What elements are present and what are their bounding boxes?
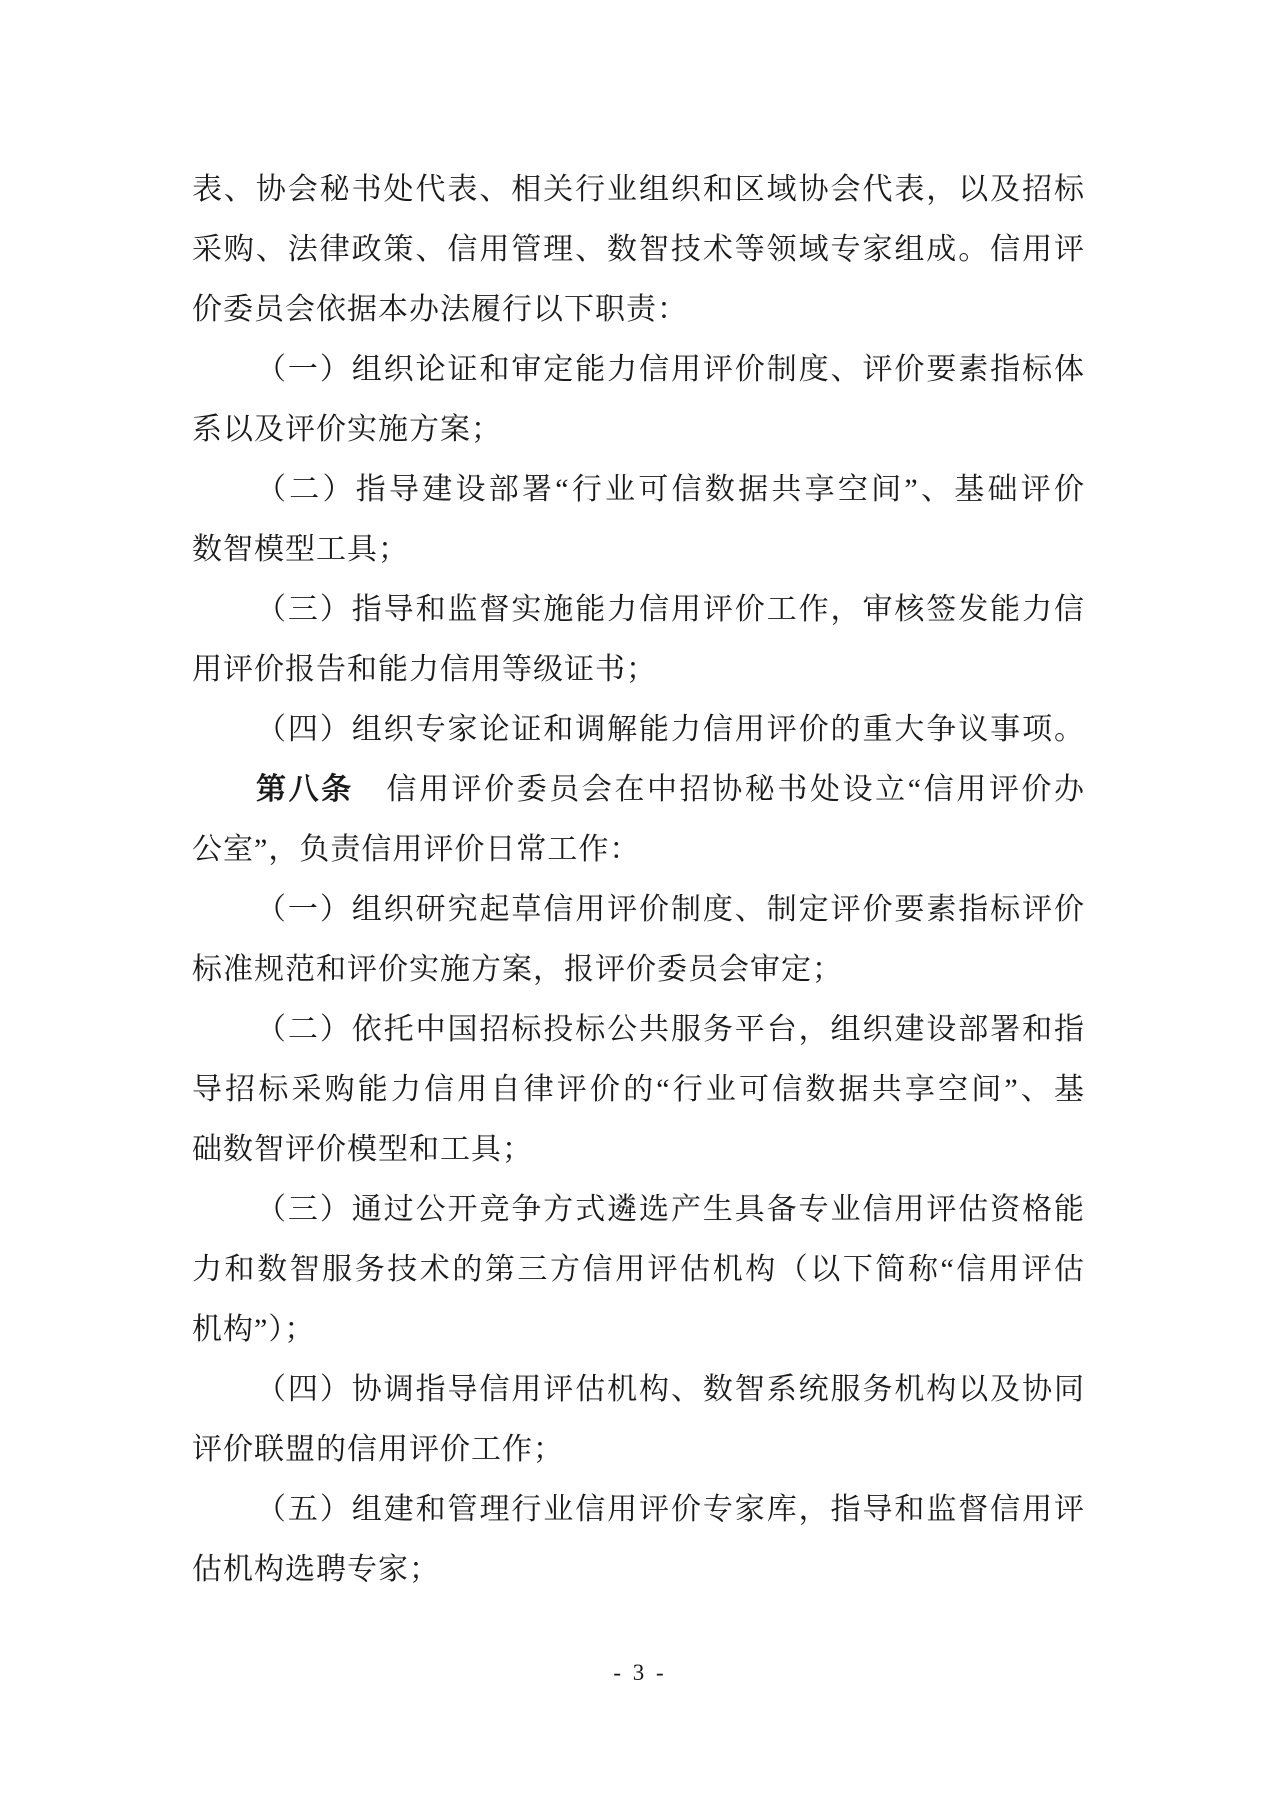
text-line: 表、协会秘书处代表、相关行业组织和区域协会代表，以及招标 [192, 160, 1085, 220]
text-line: 估机构选聘专家； [192, 1540, 1085, 1600]
text-line: 力和数智服务技术的第三方信用评估机构（以下简称“信用评估 [192, 1240, 1085, 1300]
document-body: 表、协会秘书处代表、相关行业组织和区域协会代表，以及招标 采购、法律政策、信用管… [192, 160, 1085, 1600]
article-number-bold: 第八条 [256, 773, 354, 806]
text-line: 用评价报告和能力信用等级证书； [192, 640, 1085, 700]
text-line: （一）组织论证和审定能力信用评价制度、评价要素指标体 [192, 340, 1085, 400]
text-line: 公室”，负责信用评价日常工作： [192, 820, 1085, 880]
text-run: 信用评价委员会在中招协秘书处设立“信用评价办 [354, 773, 1085, 806]
text-line: 采购、法律政策、信用管理、数智技术等领域专家组成。信用评 [192, 220, 1085, 280]
text-line: 系以及评价实施方案； [192, 400, 1085, 460]
text-line: （一）组织研究起草信用评价制度、制定评价要素指标评价 [192, 880, 1085, 940]
text-line: （三）指导和监督实施能力信用评价工作，审核签发能力信 [192, 580, 1085, 640]
text-line: （二）依托中国招标投标公共服务平台，组织建设部署和指 [192, 1000, 1085, 1060]
document-page: 表、协会秘书处代表、相关行业组织和区域协会代表，以及招标 采购、法律政策、信用管… [0, 0, 1280, 1810]
text-line: 础数智评价模型和工具； [192, 1120, 1085, 1180]
text-line: 评价联盟的信用评价工作； [192, 1420, 1085, 1480]
page-number: - 3 - [0, 1658, 1280, 1688]
text-line: 价委员会依据本办法履行以下职责： [192, 280, 1085, 340]
text-line-article-8: 第八条 信用评价委员会在中招协秘书处设立“信用评价办 [192, 760, 1085, 820]
text-line: 数智模型工具； [192, 520, 1085, 580]
text-line: （三）通过公开竞争方式遴选产生具备专业信用评估资格能 [192, 1180, 1085, 1240]
text-line: 机构”）； [192, 1300, 1085, 1360]
text-line: （四）组织专家论证和调解能力信用评价的重大争议事项。 [192, 700, 1085, 760]
text-line: 标准规范和评价实施方案，报评价委员会审定； [192, 940, 1085, 1000]
text-line: 导招标采购能力信用自律评价的“行业可信数据共享空间”、基 [192, 1060, 1085, 1120]
text-line: （二）指导建设部署“行业可信数据共享空间”、基础评价 [192, 460, 1085, 520]
text-line: （四）协调指导信用评估机构、数智系统服务机构以及协同 [192, 1360, 1085, 1420]
text-line: （五）组建和管理行业信用评价专家库，指导和监督信用评 [192, 1480, 1085, 1540]
